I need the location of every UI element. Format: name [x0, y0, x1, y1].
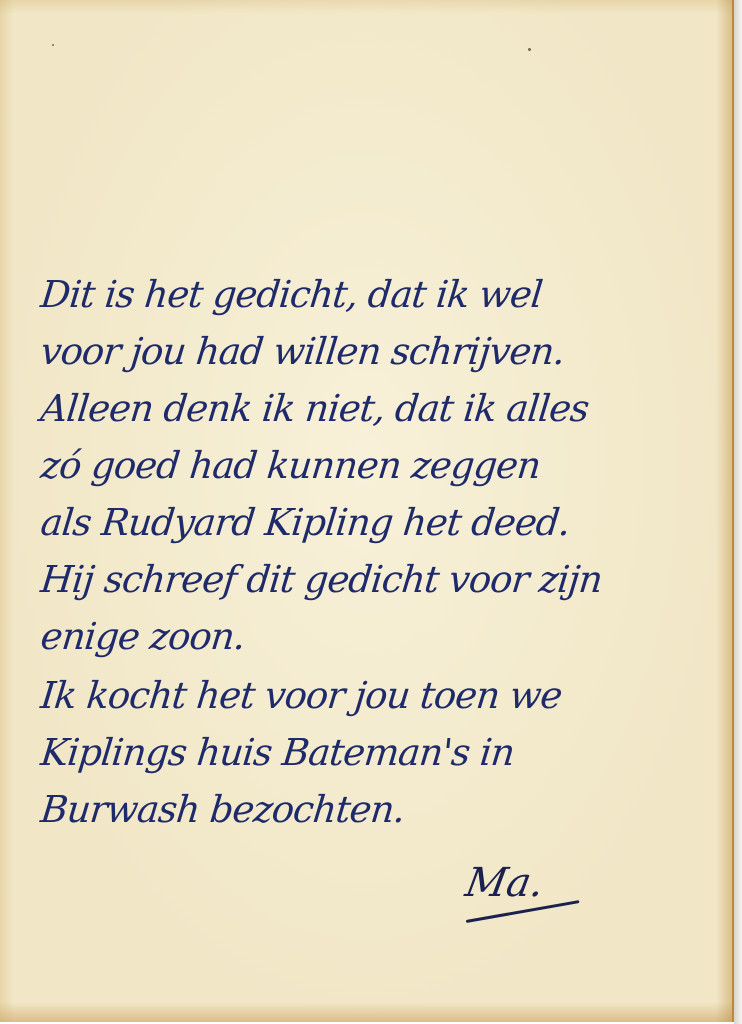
paper-speck	[528, 48, 531, 51]
signature: Ma.	[466, 858, 666, 958]
letter-line-8: Ik kocht het voor jou toen we	[38, 667, 734, 724]
letter-line-1: Dit is het gedicht, dat ik wel	[38, 266, 734, 323]
letter-line-5: als Rudyard Kipling het deed.	[38, 494, 734, 551]
letter-line-3: Alleen denk ik niet, dat ik alles	[38, 380, 734, 437]
letter-line-7: enige zoon.	[38, 608, 734, 665]
page-edge-shadow	[734, 0, 742, 1024]
letter-line-9: Kiplings huis Bateman's in	[38, 724, 734, 781]
letter-line-2: voor jou had willen schrijven.	[38, 323, 734, 380]
letter-line-10: Burwash bezochten.	[38, 781, 734, 838]
letter-body: Dit is het gedicht, dat ik wel voor jou …	[38, 266, 728, 838]
signature-name: Ma.	[462, 858, 548, 908]
letter-paper: Dit is het gedicht, dat ik wel voor jou …	[0, 0, 734, 1022]
letter-line-6: Hij schreef dit gedicht voor zijn	[38, 551, 734, 608]
letter-line-4: zó goed had kunnen zeggen	[38, 437, 734, 494]
paper-speck	[52, 44, 54, 46]
